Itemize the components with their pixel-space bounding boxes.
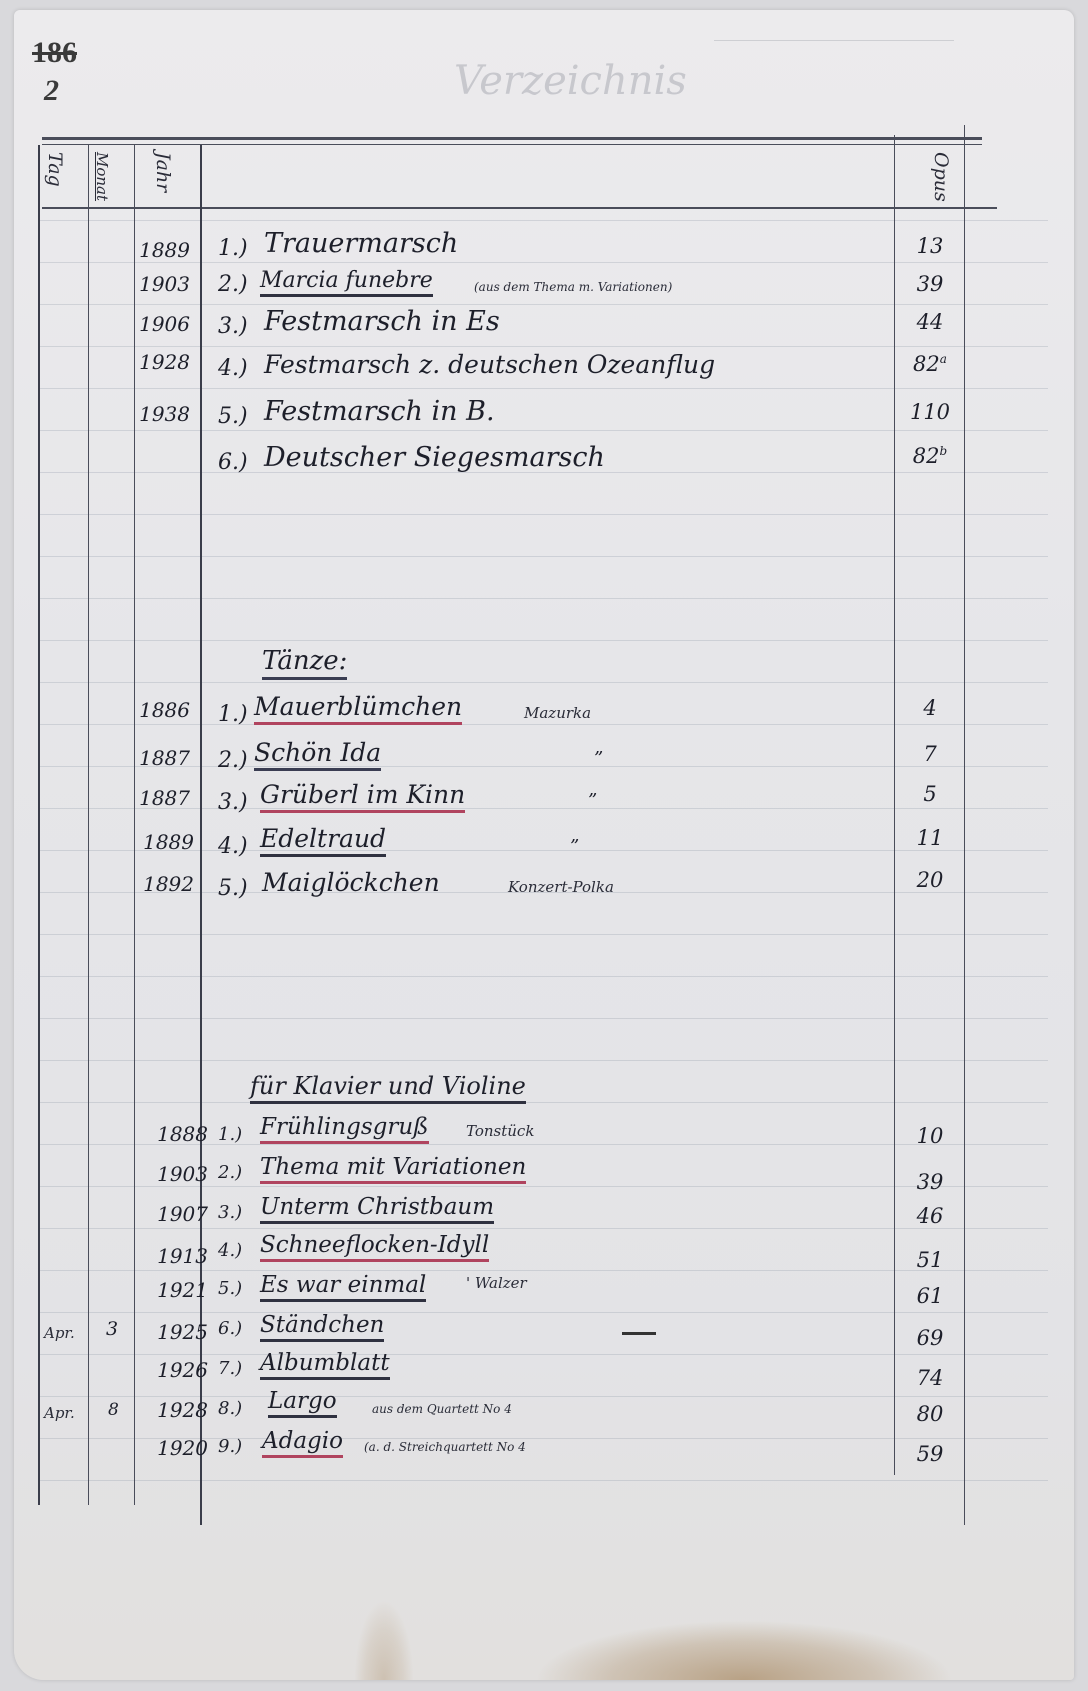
section-heading: Tänze:	[262, 646, 347, 680]
entry-year: 1887	[120, 746, 190, 770]
entry-day: Apr.	[44, 1404, 75, 1422]
entry-title: Schneeflocken-Idyll	[260, 1232, 489, 1262]
entry-opus: 69	[900, 1326, 960, 1350]
column-header-monat: Monat	[93, 152, 111, 201]
water-stain	[354, 1600, 414, 1680]
entry-number: 4.)	[218, 356, 248, 381]
entry-year: 1938	[120, 402, 190, 426]
ledger-rule-line	[38, 1228, 1048, 1229]
entry-number: 2.)	[218, 748, 248, 773]
entry-opus: 59	[900, 1442, 960, 1466]
column-line-jahr	[200, 145, 202, 1525]
entry-opus: 4	[900, 696, 960, 720]
column-line-left	[38, 145, 40, 1505]
ledger-rule-line	[38, 682, 1048, 683]
ledger-rule-line	[38, 262, 1048, 263]
entry-opus: 5	[900, 782, 960, 806]
entry-note: aus dem Quartett No 4	[372, 1402, 512, 1416]
entry-title: Grüberl im Kinn	[260, 780, 465, 813]
entry-year: 1913	[138, 1244, 208, 1268]
entry-number: 6.)	[218, 1318, 242, 1339]
entry-year: 1886	[120, 698, 190, 722]
entry-month: 3	[106, 1318, 118, 1340]
entry-opus: 7	[900, 742, 960, 766]
entry-title: Es war einmal	[260, 1272, 426, 1302]
entry-year: 1888	[138, 1122, 208, 1146]
entry-year: 1906	[120, 312, 190, 336]
column-line-monat	[134, 145, 135, 1505]
entry-opus: 61	[900, 1284, 960, 1308]
ledger-rule-line	[38, 1312, 1048, 1313]
entry-title: Festmarsch z. deutschen Ozeanflug	[264, 350, 715, 379]
ledger-rule-line	[38, 304, 1048, 305]
entry-opus: 82a	[900, 352, 960, 376]
entry-title: Adagio	[262, 1428, 343, 1458]
entry-note: ”	[594, 748, 603, 769]
entry-opus: 51	[900, 1248, 960, 1272]
ledger-rule-line	[38, 1270, 1048, 1271]
water-stain	[534, 1620, 954, 1680]
ledger-rule-line	[38, 640, 1048, 641]
column-header-tag: Tag	[44, 152, 66, 187]
entry-title: Trauermarsch	[264, 228, 458, 259]
ledger-rule-line	[38, 934, 1048, 935]
entry-year: 1926	[138, 1358, 208, 1382]
entry-opus: 11	[900, 826, 960, 850]
column-line-right	[964, 125, 965, 1525]
entry-number: 3.)	[218, 790, 248, 815]
column-line-opus-left	[894, 135, 895, 1475]
entry-opus: 20	[900, 868, 960, 892]
entry-number: 8.)	[218, 1398, 242, 1419]
entry-opus: 39	[900, 1170, 960, 1194]
ledger-rule-line	[38, 724, 1048, 725]
ledger-rule-line	[38, 220, 1048, 221]
ledger-rule-line	[38, 1354, 1048, 1355]
ledger-rule-line	[38, 1186, 1048, 1187]
column-header-jahr: Jahr	[152, 152, 174, 192]
entry-title: Edeltraud	[260, 824, 386, 857]
entry-title: Schön Ida	[254, 738, 381, 771]
entry-opus: 82b	[900, 444, 960, 468]
entry-opus: 13	[900, 234, 960, 258]
entry-year: 1925	[138, 1320, 208, 1344]
entry-title: Marcia funebre	[260, 268, 433, 297]
entry-number: 4.)	[218, 834, 248, 859]
section-heading: für Klavier und Violine	[250, 1072, 526, 1104]
entry-opus: 39	[900, 272, 960, 296]
entry-note: Tonstück	[466, 1122, 534, 1140]
entry-number: 4.)	[218, 1240, 242, 1261]
entry-number: 5.)	[218, 404, 248, 429]
entry-opus: 80	[900, 1402, 960, 1426]
entry-number: 1.)	[218, 236, 248, 261]
ledger-rule-line	[38, 1396, 1048, 1397]
entry-title: Thema mit Variationen	[260, 1154, 526, 1184]
entry-opus: 10	[900, 1124, 960, 1148]
entry-note: Konzert-Polka	[508, 878, 614, 896]
entry-number: 3.)	[218, 314, 248, 339]
entry-opus: 46	[900, 1204, 960, 1228]
entry-year: 1928	[120, 350, 190, 374]
entry-opus: 110	[900, 400, 960, 424]
header-top-rule-2	[42, 144, 982, 145]
entry-number: 7.)	[218, 1358, 242, 1379]
ledger-rule-line	[38, 346, 1048, 347]
entry-title: Maiglöckchen	[262, 868, 440, 897]
entry-title: Mauerblümchen	[254, 692, 462, 725]
column-header-opus: Opus	[930, 152, 952, 202]
ledger-rule-line	[38, 1018, 1048, 1019]
entry-title: Ständchen	[260, 1312, 384, 1342]
entry-title: Festmarsch in Es	[264, 306, 500, 337]
entry-number: 2.)	[218, 1162, 242, 1183]
ledger-rule-line	[38, 514, 1048, 515]
ghost-subheader	[714, 40, 954, 81]
entry-title: Festmarsch in B.	[264, 396, 495, 427]
entry-note: ' Walzer	[466, 1274, 527, 1292]
entry-year: 1920	[138, 1436, 208, 1460]
entry-note: (a. d. Streichquartett No 4	[364, 1440, 526, 1454]
entry-title: Unterm Christbaum	[260, 1194, 494, 1224]
ledger-rule-line	[38, 388, 1048, 389]
ghost-header: Verzeichnis	[454, 58, 687, 104]
entry-month: 8	[108, 1400, 119, 1420]
ledger-rule-line	[38, 1480, 1048, 1481]
ledger-rule-line	[38, 598, 1048, 599]
entry-title: Largo	[268, 1388, 337, 1418]
entry-year: 1928	[138, 1398, 208, 1422]
ledger-rule-line	[38, 1102, 1048, 1103]
entry-year: 1892	[124, 872, 194, 896]
header-top-rule	[42, 137, 982, 140]
archive-number-struck: 186	[32, 38, 77, 68]
entry-number: 2.)	[218, 272, 248, 297]
entry-number: 5.)	[218, 876, 248, 901]
entry-title: Deutscher Siegesmarsch	[264, 442, 605, 473]
pencil-dash-mark	[622, 1332, 656, 1335]
entry-year: 1921	[138, 1278, 208, 1302]
ledger-rule-line	[38, 556, 1048, 557]
ledger-rule-line	[38, 976, 1048, 977]
column-line-tag	[88, 145, 89, 1505]
entry-title: Albumblatt	[260, 1350, 390, 1380]
entry-day: Apr.	[44, 1324, 75, 1342]
archive-number: 2	[44, 76, 59, 106]
entry-number: 5.)	[218, 1278, 242, 1299]
entry-title: Frühlingsgruß	[260, 1114, 429, 1144]
entry-year: 1903	[120, 272, 190, 296]
entry-number: 1.)	[218, 702, 248, 727]
entry-number: 3.)	[218, 1202, 242, 1223]
entry-year: 1889	[120, 238, 190, 262]
ledger-rule-line	[38, 1060, 1048, 1061]
header-bottom-rule	[42, 207, 997, 209]
entry-number: 9.)	[218, 1436, 242, 1457]
entry-year: 1907	[138, 1202, 208, 1226]
ledger-rule-line	[38, 430, 1048, 431]
entry-number: 6.)	[218, 450, 248, 475]
entry-note: (aus dem Thema m. Variationen)	[474, 280, 672, 294]
entry-note: ”	[570, 836, 579, 857]
document-page: Verzeichnis 186 2 Tag Monat Jahr Opus 18…	[14, 10, 1074, 1680]
entry-year: 1889	[124, 830, 194, 854]
entry-note: ”	[588, 790, 597, 811]
entry-note: Mazurka	[524, 704, 591, 722]
entry-opus: 44	[900, 310, 960, 334]
entry-year: 1903	[138, 1162, 208, 1186]
entry-year: 1887	[120, 786, 190, 810]
entry-opus: 74	[900, 1366, 960, 1390]
entry-number: 1.)	[218, 1124, 242, 1145]
